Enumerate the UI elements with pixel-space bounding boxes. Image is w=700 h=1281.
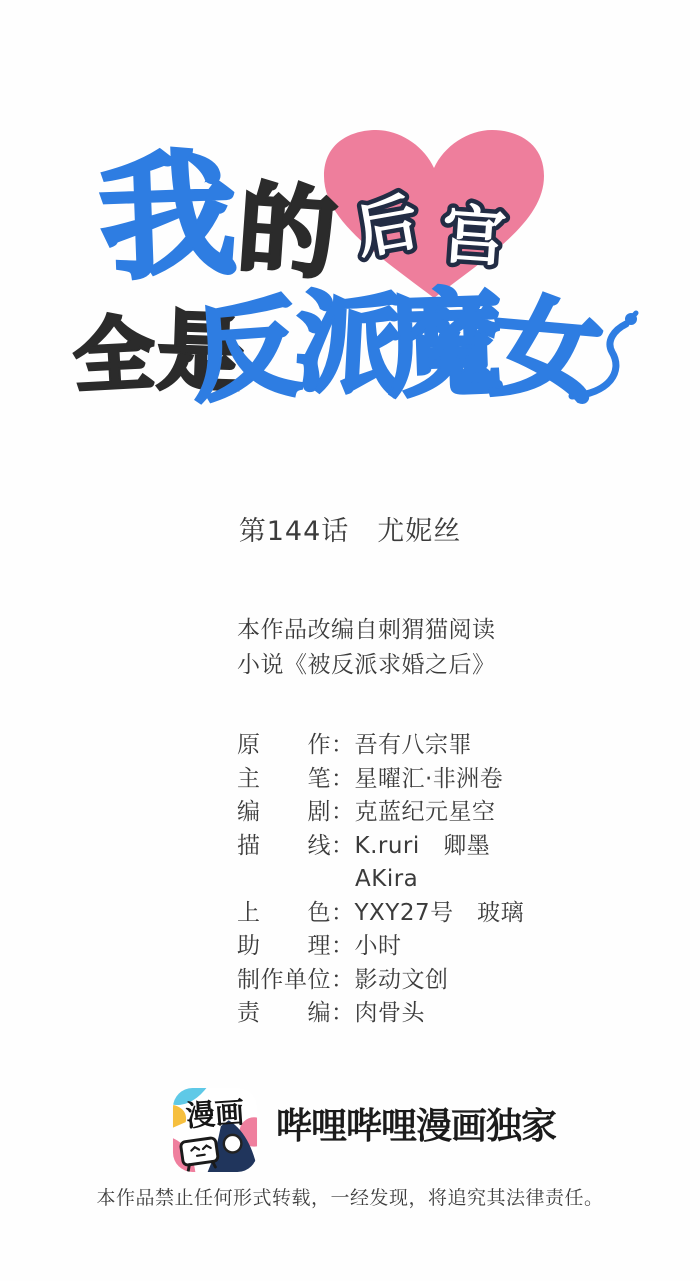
adaptation-note-line2: 小说《被反派求婚之后》 [237, 648, 496, 683]
app-icon-manga-text: 漫画 [185, 1095, 246, 1133]
credit-name: 影动文创 [355, 964, 449, 998]
credit-colon: ： [331, 930, 355, 964]
credit-role: 上色 [237, 897, 331, 931]
title-char-mo: 魔 [386, 286, 504, 404]
credit-role: 主笔 [237, 763, 331, 797]
credit-colon: ： [331, 964, 355, 998]
credit-row-lineart-continued: AKira [237, 863, 524, 897]
credit-row-assistant: 助理：小时 [237, 930, 524, 964]
title-char-wo: 我 [98, 148, 239, 289]
title-char-quan: 全 [72, 314, 156, 398]
copyright-disclaimer: 本作品禁止任何形式转载，一经发现，将追究其法律责任。 [0, 1183, 700, 1210]
credit-row-editor: 责编：肉骨头 [237, 997, 524, 1031]
credit-name: 肉骨头 [355, 997, 426, 1031]
credit-name: YXY27号 玻璃 [355, 897, 525, 931]
title-char-gong: 宫 [439, 198, 508, 276]
adaptation-note-line1: 本作品改编自刺猬猫阅读 [237, 613, 496, 648]
credit-colon: ： [331, 796, 355, 830]
credit-row-production-studio: 制作单位：影动文创 [237, 964, 524, 998]
chapter-heading: 第144话 尤妮丝 [0, 515, 700, 549]
title-char-de: 的 [235, 181, 340, 286]
credit-row-original-author: 原作：吾有八宗罪 [237, 729, 524, 763]
credit-name: 吾有八宗罪 [355, 729, 473, 763]
credit-role: 编剧 [237, 796, 331, 830]
credit-row-lead-artist: 主笔：星曜汇·非洲卷 [237, 763, 524, 797]
credit-role: 责编 [237, 997, 331, 1031]
credit-role: 原作 [237, 729, 331, 763]
credit-colon: ： [331, 763, 355, 797]
credit-name: 小时 [355, 930, 402, 964]
credit-name: 星曜汇·非洲卷 [355, 763, 504, 797]
credit-name: 克蓝纪元星空 [355, 796, 496, 830]
credit-name: K.ruri 卿墨 [355, 830, 491, 864]
publisher-row: 漫画 哔哩哔哩漫画独家 [0, 1080, 700, 1180]
credit-colon: ： [331, 729, 355, 763]
credit-role: 描线 [237, 830, 331, 864]
bilibili-manga-app-icon: 漫画 [172, 1087, 258, 1173]
publisher-brand-text: 哔哩哔哩漫画独家 [276, 1104, 556, 1148]
title-char-hou: 后 [350, 185, 424, 268]
credit-role: 制作单位 [237, 964, 331, 998]
credit-colon: ： [331, 997, 355, 1031]
credit-colon: ： [331, 897, 355, 931]
credit-row-coloring: 上色：YXY27号 玻璃 [237, 897, 524, 931]
credit-role: 助理 [237, 930, 331, 964]
title-char-fan: 反 [188, 294, 303, 409]
adaptation-note: 本作品改编自刺猬猫阅读 小说《被反派求婚之后》 [237, 613, 496, 683]
credits-list: 原作：吾有八宗罪 主笔：星曜汇·非洲卷 编剧：克蓝纪元星空 描线：K.ruri … [237, 729, 524, 1031]
title-char-nv: 女 [487, 291, 606, 410]
credit-name: AKira [355, 863, 418, 897]
comic-title-page: 后 宫 我 的 全 是 反 派 魔 女 第144话 尤妮丝 本作品改编自刺猬猫阅… [0, 0, 700, 1281]
credit-colon: ： [331, 830, 355, 864]
series-title-logo: 后 宫 我 的 全 是 反 派 魔 女 [0, 0, 700, 440]
credit-row-lineart: 描线：K.ruri 卿墨 [237, 830, 524, 864]
credit-row-screenwriter: 编剧：克蓝纪元星空 [237, 796, 524, 830]
